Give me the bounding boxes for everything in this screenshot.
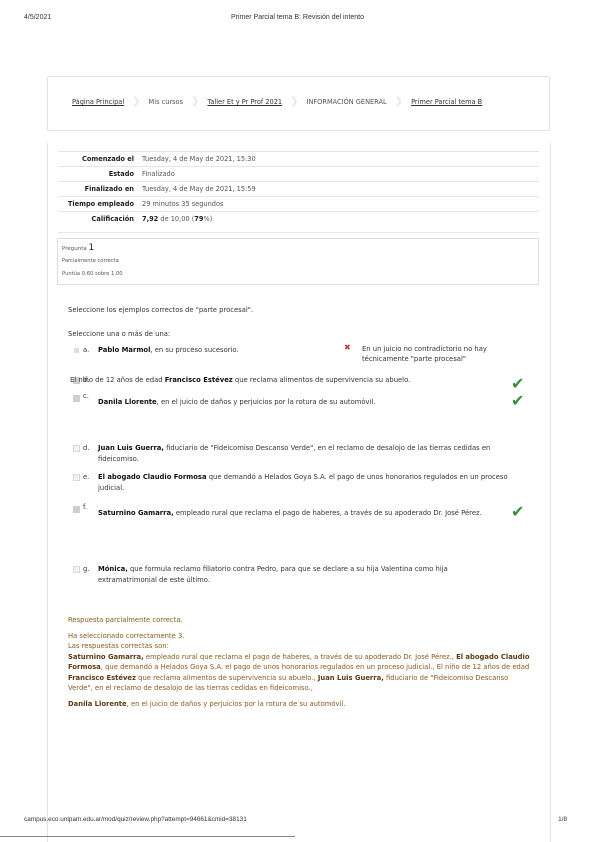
outcome-selected: Ha seleccionado correctamente 3. — [68, 631, 533, 642]
outcome-text: , que demandó a Helados Goya S.A. el pag… — [101, 663, 530, 671]
answer-bold: Juan Luis Guerra, — [98, 444, 164, 452]
incorrect-icon: ✖ — [344, 343, 351, 352]
print-footer: campus.eco.unlpam.edu.ar/mod/quiz/review… — [0, 816, 595, 828]
answer-feedback: En un juicio no contradictorio no hay té… — [362, 344, 522, 364]
answer-letter: g. — [83, 564, 89, 575]
print-url: campus.eco.unlpam.edu.ar/mod/quiz/review… — [24, 816, 247, 823]
question-info-box: Pregunta 1 Parcialmente correcta Puntúa … — [57, 238, 539, 285]
breadcrumb-separator-icon: ❯ — [395, 98, 403, 106]
answer-letter: e. — [83, 472, 89, 483]
answer-prompt: Seleccione una o más de una: — [68, 330, 170, 338]
outcome-text: , en el juicio de daños y perjuicios por… — [127, 700, 346, 708]
answer-bold: Saturnino Gamarra, — [98, 509, 174, 517]
answer-rest: que formula reclamo filiatorio contra Pe… — [98, 565, 448, 584]
question-number-value: 1 — [88, 243, 94, 253]
answer-text: Pablo Marmol, en su proceso sucesorio. — [98, 345, 348, 356]
answer-text: El abogado Claudio Formosa que demandó a… — [98, 472, 508, 494]
answer-rest: empleado rural que reclama el pago de ha… — [174, 509, 482, 517]
answer-rest: que reclama alimentos de supervivencia s… — [233, 376, 411, 384]
answer-letter: c. — [83, 391, 89, 402]
summary-value: Finalizado — [138, 167, 539, 182]
summary-row-started: Comenzado el Tuesday, 4 de May de 2021, … — [58, 152, 539, 167]
outcome-bold: Saturnino Gamarra, — [68, 653, 144, 661]
answer-pre: El niño de 12 años de edad — [70, 376, 165, 384]
print-title: Primer Parcial tema B: Revisión del inte… — [0, 14, 595, 21]
outcome-text: empleado rural que reclama el pago de ha… — [144, 653, 456, 661]
question-text: Seleccione los ejemplos correctos de "pa… — [68, 306, 253, 314]
breadcrumb-home[interactable]: Página Principal — [72, 98, 124, 106]
breadcrumb-course[interactable]: Taller Et y Pr Prof 2021 — [207, 98, 282, 106]
answer-text: Juan Luis Guerra, fiduciario de "Fideico… — [98, 443, 508, 465]
question-prefix: Pregunta — [62, 246, 87, 252]
answer-text: Mónica, que formula reclamo filiatorio c… — [98, 564, 508, 586]
outcome-bold: Francisco Estévez — [68, 674, 136, 682]
answer-text: Saturnino Gamarra, empleado rural que re… — [98, 508, 508, 519]
answer-text: El niño de 12 años de edad Francisco Est… — [70, 375, 500, 386]
summary-value: Tuesday, 4 de May de 2021, 15:59 — [138, 182, 539, 197]
summary-label: Tiempo empleado — [58, 197, 138, 212]
summary-label: Estado — [58, 167, 138, 182]
answer-rest: , en su proceso sucesorio. — [150, 346, 238, 354]
summary-row-finished: Finalizado en Tuesday, 4 de May de 2021,… — [58, 182, 539, 197]
question-state: Parcialmente correcta — [62, 258, 119, 264]
summary-label: Calificación — [58, 212, 138, 233]
summary-label: Comenzado el — [58, 152, 138, 167]
breadcrumb-section[interactable]: INFORMACIÓN GENERAL — [307, 98, 387, 106]
answer-checkbox[interactable] — [73, 566, 80, 573]
outcome-text: que reclama alimentos de supervivencia s… — [136, 674, 318, 682]
breadcrumb: Página Principal ❯ Mis cursos ❯ Taller E… — [72, 98, 482, 106]
answer-bold: El abogado Claudio Formosa — [98, 473, 207, 481]
answer-rest: , en el juicio de daños y perjuicios por… — [157, 398, 376, 406]
breadcrumb-separator-icon: ❯ — [191, 98, 199, 106]
breadcrumb-container: Página Principal ❯ Mis cursos ❯ Taller E… — [47, 76, 550, 131]
outcome-correct-answers-2: Danila Llorente, en el juicio de daños y… — [68, 699, 533, 710]
question-grade: Puntúa 0,60 sobre 1,00 — [62, 271, 123, 277]
summary-row-time: Tiempo empleado 29 minutos 35 segundos — [58, 197, 539, 212]
correct-icon: ✔ — [511, 391, 524, 410]
breadcrumb-separator-icon: ❯ — [290, 98, 298, 106]
outcome-bold: Danila Llorente — [68, 700, 127, 708]
breadcrumb-separator-icon: ❯ — [132, 98, 140, 106]
answer-checkbox[interactable] — [73, 395, 80, 402]
answer-bold: Danila Llorente — [98, 398, 157, 406]
print-page-number: 1/8 — [558, 816, 567, 823]
grade-out-of: de 10,00 ( — [160, 215, 194, 223]
print-header: 4/5/2021 Primer Parcial tema B: Revisión… — [0, 14, 595, 26]
outcome-bold: Juan Luis Guerra, — [318, 674, 384, 682]
grade-suffix: %) — [203, 215, 212, 223]
answer-letter: d. — [83, 443, 89, 454]
question-number: Pregunta 1 — [62, 243, 94, 253]
answer-letter: a. — [83, 345, 89, 356]
answer-text: Danila Llorente, en el juicio de daños y… — [98, 397, 508, 408]
answer-checkbox[interactable] — [73, 474, 80, 481]
question-outcome: Respuesta parcialmente correcta. Ha sele… — [68, 615, 533, 709]
breadcrumb-quiz[interactable]: Primer Parcial tema B — [411, 98, 482, 106]
summary-value: 7,92 de 10,00 (79%) — [138, 212, 539, 233]
answer-bold: Pablo Marmol — [98, 346, 150, 354]
breadcrumb-my-courses[interactable]: Mis cursos — [149, 98, 183, 106]
divider — [0, 836, 295, 837]
answer-checkbox[interactable] — [73, 445, 80, 452]
summary-value: Tuesday, 4 de May de 2021, 15:30 — [138, 152, 539, 167]
outcome-status: Respuesta parcialmente correcta. — [68, 615, 533, 626]
answer-bold: Mónica, — [98, 565, 128, 573]
summary-value: 29 minutos 35 segundos — [138, 197, 539, 212]
correct-icon: ✔ — [511, 502, 524, 521]
summary-label: Finalizado en — [58, 182, 138, 197]
outcome-correct-answers: Saturnino Gamarra, empleado rural que re… — [68, 652, 533, 694]
attempt-summary-table: Comenzado el Tuesday, 4 de May de 2021, … — [58, 151, 539, 233]
grade-score: 7,92 — [142, 215, 158, 223]
summary-row-state: Estado Finalizado — [58, 167, 539, 182]
answer-bold: Francisco Estévez — [165, 376, 233, 384]
answer-letter: f. — [83, 502, 87, 513]
answer-checkbox[interactable] — [74, 348, 79, 353]
summary-row-grade: Calificación 7,92 de 10,00 (79%) — [58, 212, 539, 233]
answer-checkbox[interactable] — [73, 506, 80, 513]
outcome-correct-intro: Las respuestas correctas son: — [68, 641, 533, 652]
